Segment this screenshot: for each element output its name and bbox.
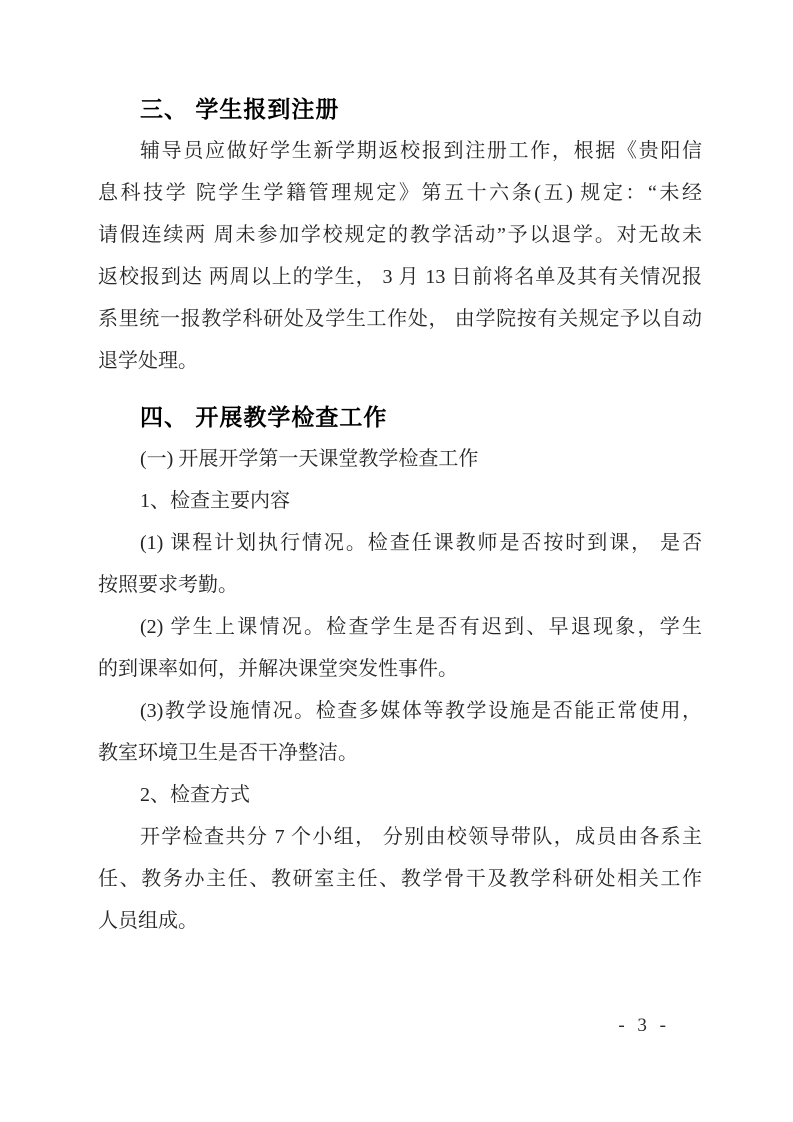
section3-paragraph-line: 请假连续两 周未参加学校规定的教学活动”予以退学。对无故未 [98,214,702,256]
section3-paragraph-line: 返校报到达 两周以上的学生， 3 月 13 日前将名单及其有关情况报 [98,256,702,298]
document-body: 三、 学生报到注册 辅导员应做好学生新学期返校报到注册工作，根据《贵阳信 息科技… [98,88,702,942]
check-method-line: 任、教务办主任、教研室主任、教学骨干及教学科研处相关工作 [98,858,702,900]
check-item1-line: 按照要求考勤。 [98,564,702,606]
section3-paragraph-line: 系里统一报教学科研处及学生工作处， 由学院按有关规定予以自动 [98,298,702,340]
check-item3-line: (3)教学设施情况。检查多媒体等教学设施是否能正常使用， [98,690,702,732]
subsection1-title: (一) 开展开学第一天课堂教学检查工作 [98,438,702,480]
check-content-title: 1、检查主要内容 [98,480,702,522]
section3-heading: 三、 学生报到注册 [98,88,702,130]
check-item3-line: 教室环境卫生是否干净整洁。 [98,732,702,774]
check-item2-line: (2) 学生上课情况。检查学生是否有迟到、早退现象，学生 [98,606,702,648]
check-item1-line: (1) 课程计划执行情况。检查任课教师是否按时到课， 是否 [98,522,702,564]
check-item2-line: 的到课率如何，并解决课堂突发性事件。 [98,648,702,690]
section3-paragraph-line: 退学处理。 [98,340,702,382]
check-method-line: 开学检查共分 7 个小组， 分别由校领导带队，成员由各系主 [98,816,702,858]
section4-heading: 四、 开展教学检查工作 [98,396,702,438]
check-method-line: 人员组成。 [98,900,702,942]
check-method-title: 2、检查方式 [98,774,702,816]
section3-paragraph-line: 息科技学 院学生学籍管理规定》第五十六条(五) 规定：“未经 [98,172,702,214]
document-page: 三、 学生报到注册 辅导员应做好学生新学期返校报到注册工作，根据《贵阳信 息科技… [0,0,793,1122]
page-number: - 3 - [618,1012,670,1040]
section3-paragraph-line: 辅导员应做好学生新学期返校报到注册工作，根据《贵阳信 [98,130,702,172]
